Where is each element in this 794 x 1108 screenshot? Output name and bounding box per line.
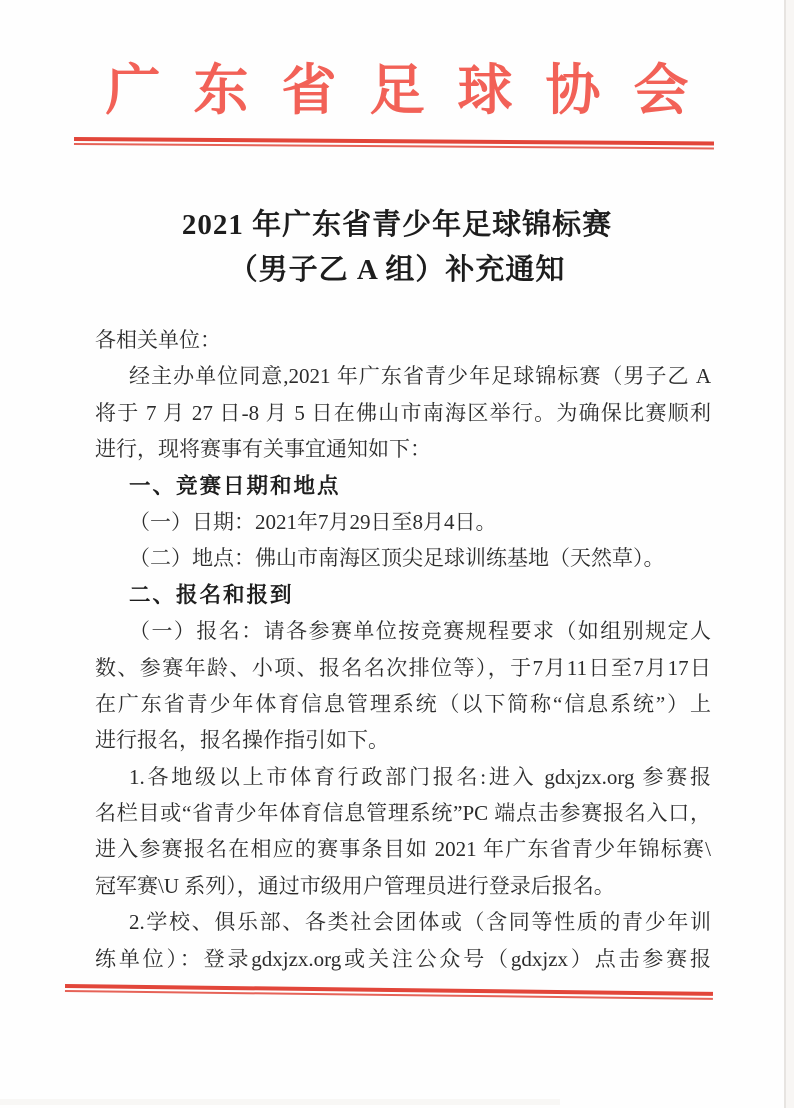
step-1-line: 冠军赛\U 系列），通过市级用户管理员进行登录后报名。 — [95, 868, 711, 904]
registration-para-line: （一）报名：请各参赛单位按竞赛规程要求（如组别规定人 — [95, 613, 711, 649]
item-date-line: （一）日期：2021年7月29日至8月4日。 — [95, 504, 711, 540]
intro-line: 经主办单位同意,2021 年广东省青少年足球锦标赛（男子乙 A 组） — [95, 358, 711, 394]
letterhead-org-name-text: 广东省足球协会 — [105, 60, 721, 121]
section-1-heading: 一、竞赛日期和地点 — [95, 468, 711, 504]
page-scan-smudge — [0, 1099, 560, 1105]
intro-line: 进行，现将赛事有关事宜通知如下： — [95, 431, 711, 467]
page-scan-edge-strip — [786, 0, 794, 1108]
letterhead-double-rule — [74, 137, 714, 149]
document-title: 2021 年广东省青少年足球锦标赛 （男子乙 A 组）补充通知 — [0, 203, 794, 293]
document-title-line-1: 2021 年广东省青少年足球锦标赛 — [0, 203, 794, 248]
step-1-line: 进入参赛报名在相应的赛事条目如 2021 年广东省青少年锦标赛\ — [95, 831, 711, 867]
footer-double-rule — [65, 984, 713, 1000]
step-1-line: 1.各地级以上市体育行政部门报名:进入 gdxjzx.org 参赛报 — [95, 759, 711, 795]
registration-para-line: 数、参赛年龄、小项、报名名次排位等），于7月11日至7月17日 — [95, 650, 711, 686]
section-2-heading: 二、报名和报到 — [95, 577, 711, 613]
intro-line: 将于 7 月 27 日-8 月 5 日在佛山市南海区举行。为确保比赛顺利 — [95, 395, 711, 431]
item-venue-line: （二）地点：佛山市南海区顶尖足球训练基地（天然草）。 — [95, 540, 711, 576]
letterhead-org-name: 广东省足球协会 — [0, 46, 794, 125]
document-title-line-2: （男子乙 A 组）补充通知 — [0, 248, 794, 293]
salutation-line: 各相关单位： — [95, 322, 711, 358]
registration-para-line: 在广东省青少年体育信息管理系统（以下简称“信息系统”）上 — [95, 686, 711, 722]
step-2-line: 2.学校、俱乐部、各类社会团体或（含同等性质的青少年训 — [95, 904, 711, 940]
step-1-line: 名栏目或“省青少年体育信息管理系统”PC 端点击参赛报名入口， — [95, 795, 711, 831]
registration-para-line: 进行报名，报名操作指引如下。 — [95, 722, 711, 758]
page-scan-edge-line — [784, 0, 786, 1108]
step-2-line: 练单位）：登录gdxjzx.org或关注公众号（gdxjzx）点击参赛报 — [95, 941, 711, 977]
scanned-notice-page: { "letterhead": { "org_name": "广东省足球协会" … — [0, 0, 794, 1108]
document-body: 各相关单位： 经主办单位同意,2021 年广东省青少年足球锦标赛（男子乙 A 组… — [95, 322, 711, 977]
